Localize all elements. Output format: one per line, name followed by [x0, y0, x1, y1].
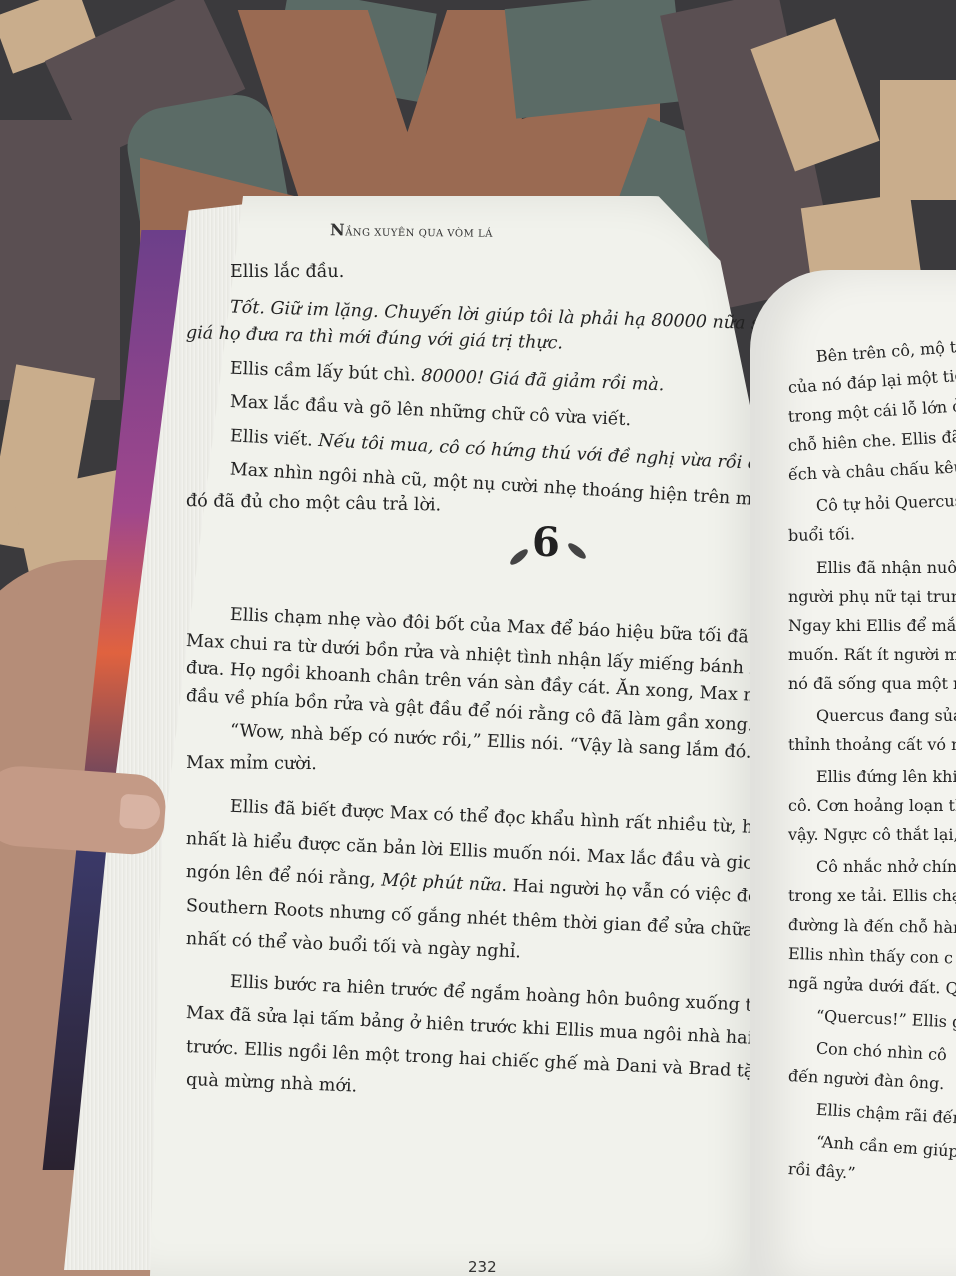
- line: nó đã sống qua một nă: [788, 671, 956, 697]
- line-text: Ellis chậm rãi đến g: [815, 1100, 956, 1129]
- leaf-icon: [566, 541, 588, 561]
- line: Ellis đứng lên khi t: [788, 764, 956, 790]
- line-text: Cô tự hỏi Quercus: [816, 491, 956, 515]
- paragraph-text: giá họ đưa ra thì mới đúng với giá trị t…: [186, 323, 564, 354]
- paragraph-text: Ellis viết.: [229, 426, 318, 451]
- line: ngã ngửa dưới đất. Q: [788, 970, 956, 1003]
- line-text: “Quercus!” Ellis gọ: [816, 1006, 956, 1032]
- section-number: 6: [532, 529, 560, 558]
- line-text: ngã ngửa dưới đất. Q: [788, 973, 956, 998]
- line: muốn. Rất ít người mu: [788, 642, 956, 668]
- paragraph-continued: Max mỉm cười.: [186, 749, 766, 783]
- line-text: muốn. Rất ít người mu: [788, 645, 956, 664]
- line: đến người đàn ông.: [787, 1063, 956, 1099]
- paragraph-text: Max mỉm cười.: [186, 753, 317, 774]
- line-text: Ellis đã nhận nuôi Q: [816, 558, 956, 577]
- line: đường là đến chỗ hàn: [788, 912, 956, 941]
- right-page-body: Bên trên cô, mộ tro của nó đáp lại một t…: [788, 346, 956, 1185]
- line-text: trong một cái lỗ lớn ở: [787, 396, 956, 426]
- line: Cô tự hỏi Quercus: [788, 487, 956, 520]
- paragraph-text: nhất có thể vào buổi tối và ngày nghỉ.: [186, 929, 522, 962]
- line-text: đến người đàn ông.: [788, 1066, 945, 1093]
- line: vậy. Ngực cô thắt lại,: [788, 822, 956, 848]
- paragraph-italic-text: Một phút nữa: [381, 871, 502, 896]
- line-text: nó đã sống qua một nă: [788, 674, 956, 693]
- line-text: Con chó nhìn cô: [815, 1038, 947, 1064]
- line: trong xe tải. Ellis chạ: [788, 883, 956, 909]
- line: Ellis nhìn thấy con c: [788, 941, 956, 972]
- line-text: Quercus đang sủa: [816, 706, 956, 725]
- line: cô. Cơn hoảng loạn th: [788, 793, 956, 819]
- line-text: chỗ hiên che. Ellis đã tr: [787, 426, 956, 455]
- paragraph-text: Ellis lắc đầu.: [230, 262, 344, 282]
- line-text: đường là đến chỗ hàn: [788, 915, 956, 937]
- running-head-title: ẮNG XUYÊN QUA VÒM LÁ: [345, 227, 493, 239]
- running-head-initial: N: [330, 220, 345, 239]
- line: Ellis chậm rãi đến g: [787, 1095, 956, 1133]
- line: Ngay khi Ellis để mắt: [788, 613, 956, 639]
- line: người phụ nữ tại trung: [788, 584, 956, 610]
- page-number: 232: [468, 1258, 497, 1276]
- line-text: Ngay khi Ellis để mắt: [788, 616, 956, 635]
- line-text: Ellis nhìn thấy con c: [788, 944, 954, 967]
- paragraph-text: ngón lên để nói rằng,: [186, 862, 382, 891]
- running-head: NẮNG XUYÊN QUA VÒM LÁ: [330, 220, 493, 240]
- paragraph-italic-text: 80000! Giá đã giảm rồi mà.: [421, 366, 665, 395]
- line-text: buổi tối.: [788, 524, 855, 545]
- section-break-ornament: 6: [186, 525, 766, 585]
- line-text: vậy. Ngực cô thắt lại,: [788, 825, 956, 844]
- paragraph: Ellis lắc đầu.: [186, 258, 766, 287]
- line: Cô nhắc nhở chính: [788, 854, 956, 880]
- line: Quercus đang sủa: [788, 703, 956, 729]
- line-text: “Anh cần em giúp: [815, 1132, 956, 1161]
- line-text: cô. Cơn hoảng loạn th: [788, 796, 956, 815]
- paragraph-text: quà mừng nhà mới.: [186, 1070, 358, 1097]
- line: buổi tối.: [788, 518, 956, 549]
- line: ếch và châu chấu kêu k: [787, 453, 956, 488]
- line-text: của nó đáp lại một tiế: [787, 366, 956, 397]
- paragraph-text: Ellis cầm lấy bút chì.: [230, 358, 422, 385]
- line-text: Cô nhắc nhở chính: [816, 857, 956, 876]
- line-text: ếch và châu chấu kêu k: [788, 457, 956, 484]
- paragraph-text: đó đã đủ cho một câu trả lời.: [186, 491, 441, 515]
- line-text: trong xe tải. Ellis chạ: [788, 886, 956, 905]
- left-page-body: Ellis lắc đầu. Tốt. Giữ im lặng. Chuyến …: [186, 258, 766, 1100]
- line: thỉnh thoảng cất vó ng: [788, 732, 956, 758]
- line-text: người phụ nữ tại trung: [788, 587, 956, 606]
- line-text: Ellis đứng lên khi t: [816, 767, 956, 786]
- leaf-icon: [508, 547, 530, 567]
- line-text: rồi đây.”: [787, 1159, 856, 1183]
- line: “Quercus!” Ellis gọ: [787, 1002, 956, 1037]
- line-text: thỉnh thoảng cất vó ng: [788, 735, 956, 754]
- line: Ellis đã nhận nuôi Q: [788, 555, 956, 581]
